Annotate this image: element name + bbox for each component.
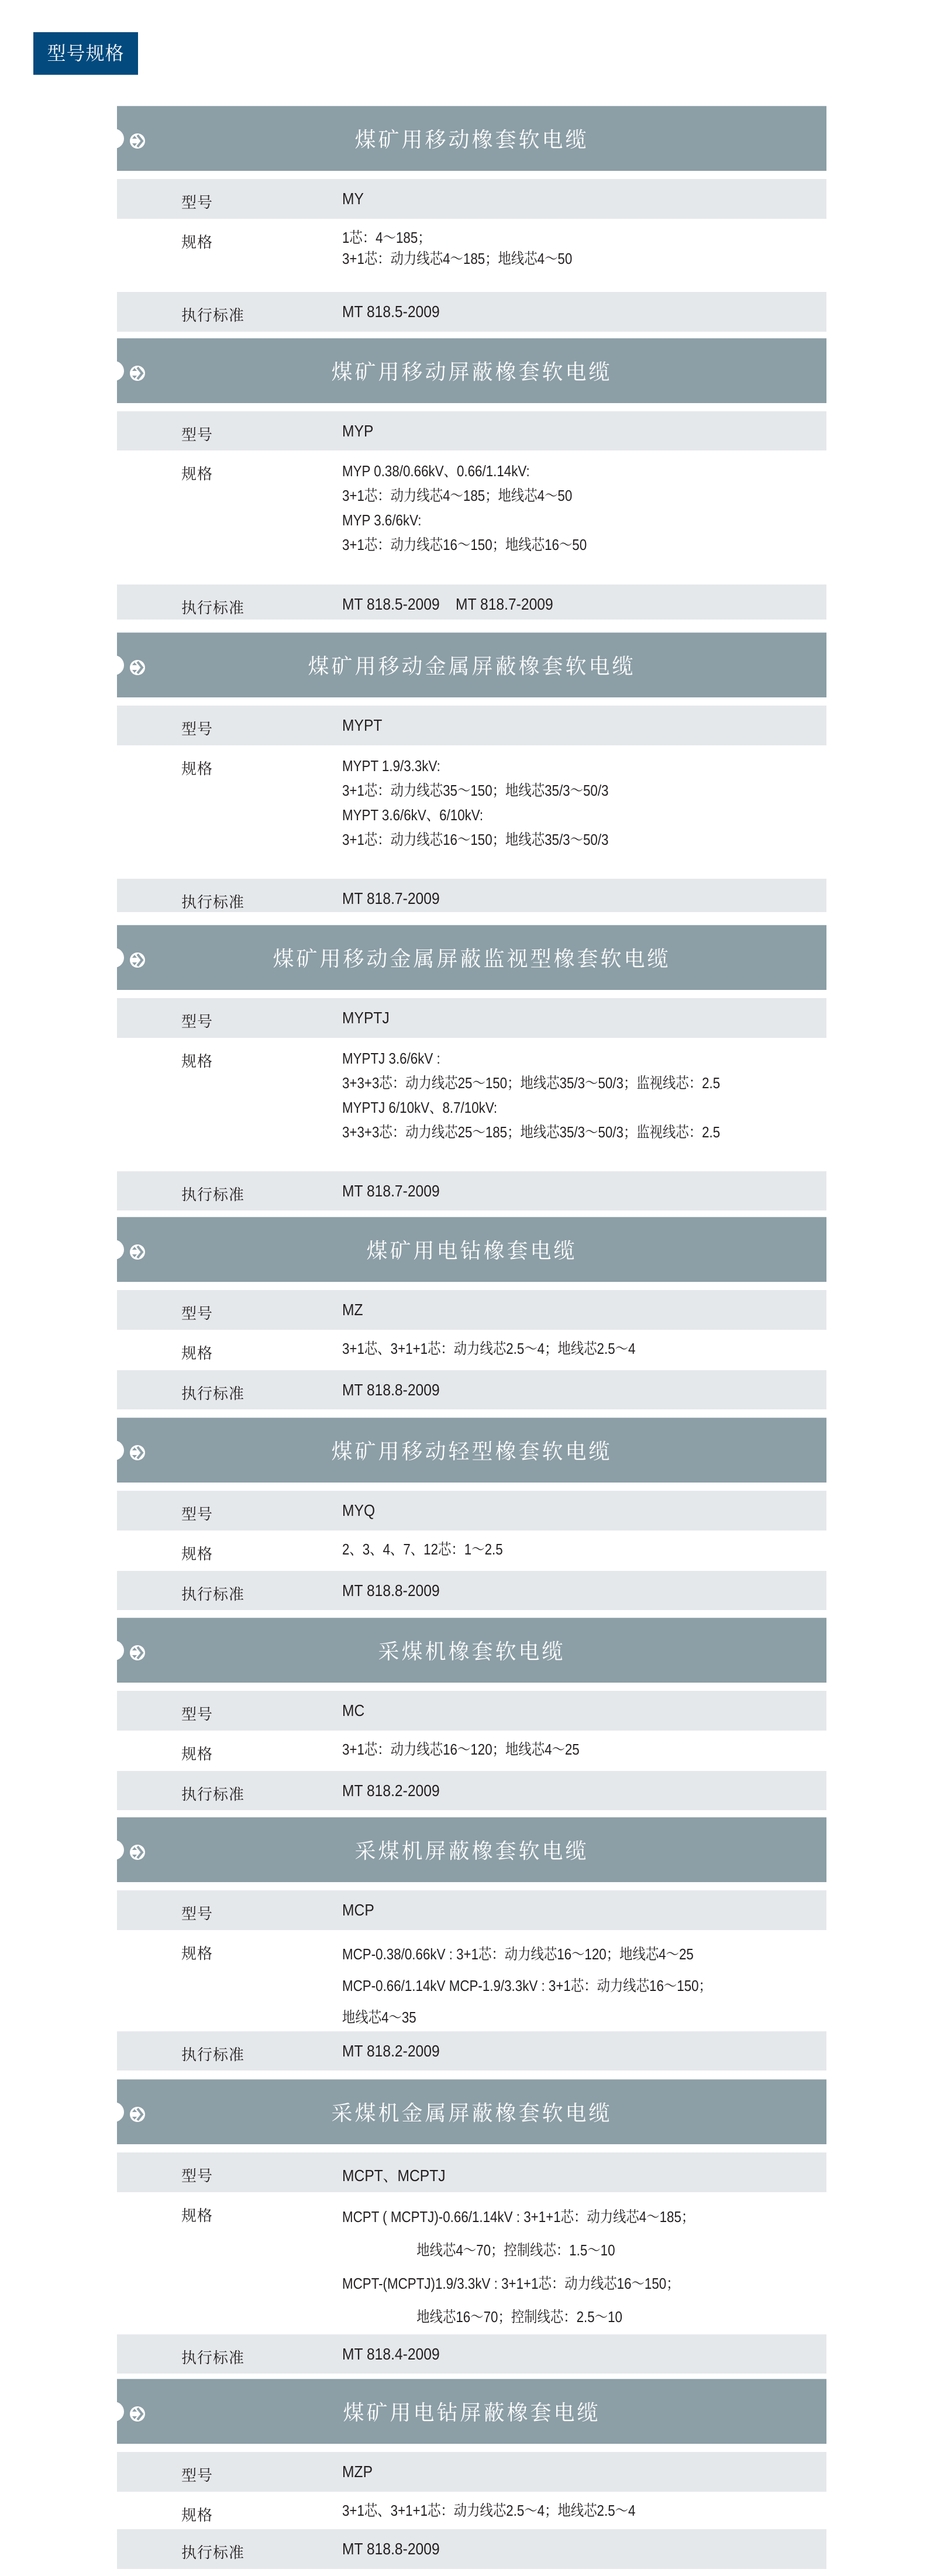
model-value: MZP (342, 2462, 373, 2481)
spec-line: 地线芯16～70；控制线芯：2.5～10 (342, 2300, 694, 2334)
model-label: 型号 (181, 2164, 213, 2186)
section-title: 煤矿用移动金属屏蔽监视型橡套软电缆 (273, 943, 670, 972)
section-header: 煤矿用电钻屏蔽橡套电缆 (117, 2379, 826, 2444)
spec-table: 型号MYP规格MYP 0.38/0.66kV、0.66/1.14kV:3+1芯：… (117, 411, 826, 620)
spec-line: MYP 3.6/6kV: (342, 508, 587, 532)
arrow-right-icon (129, 1241, 146, 1258)
spec-label: 规格 (181, 2503, 213, 2525)
spec-line: 3+1芯：动力线芯4～185；地线芯4～50 (342, 248, 572, 269)
model-label: 型号 (181, 1010, 213, 1031)
model-value: MZ (342, 1301, 363, 1319)
header-notch (112, 655, 124, 675)
section-title: 采煤机金属屏蔽橡套软电缆 (331, 2097, 612, 2127)
spec-table: 型号MC规格3+1芯：动力线芯16～120；地线芯4～25执行标准MT 818.… (117, 1691, 826, 1810)
spec-label: 规格 (181, 1050, 213, 1071)
arrow-right-icon (129, 1642, 146, 1659)
standard-value: MT 818.2-2009 (342, 1781, 440, 1800)
model-value: MCPT、MCPTJ (342, 2163, 446, 2186)
spec-label: 规格 (181, 1342, 213, 1363)
spec-lines: MCP-0.38/0.66kV : 3+1芯：动力线芯16～120；地线芯4～2… (342, 1938, 772, 2033)
standard-row: 执行标准MT 818.8-2009 (117, 1370, 826, 1409)
header-notch (112, 948, 124, 968)
spec-table: 型号MCPT、MCPTJ规格MCPT ( MCPTJ)-0.66/1.14kV … (117, 2152, 826, 2374)
model-row: 型号MZ (117, 1290, 826, 1330)
cable-section: 煤矿用电钻橡套电缆型号MZ规格3+1芯、3+1+1芯：动力线芯2.5～4；地线芯… (117, 1217, 826, 1409)
header-notch (112, 2402, 124, 2422)
spec-line: MCPT-(MCPTJ)1.9/3.3kV : 3+1+1芯：动力线芯16～15… (342, 2267, 694, 2300)
arrow-right-icon (129, 1442, 146, 1459)
spec-row: 规格3+1芯、3+1+1芯：动力线芯2.5～4；地线芯2.5～4 (117, 2492, 826, 2529)
model-label: 型号 (181, 1703, 213, 1724)
model-label: 型号 (181, 1902, 213, 1924)
cable-section: 煤矿用移动轻型橡套软电缆型号MYQ规格2、3、4、7、12芯：1～2.5执行标准… (117, 1418, 826, 1610)
spec-row: 规格MYPT 1.9/3.3kV:3+1芯：动力线芯35～150；地线芯35/3… (117, 745, 826, 879)
spec-table: 型号MZP规格3+1芯、3+1+1芯：动力线芯2.5～4；地线芯2.5～4执行标… (117, 2452, 826, 2569)
spec-line: 3+1芯：动力线芯4～185；地线芯4～50 (342, 483, 587, 508)
standard-row: 执行标准MT 818.2-2009 (117, 1771, 826, 1810)
model-label: 型号 (181, 191, 213, 212)
standard-value: MT 818.2-2009 (342, 2042, 440, 2061)
model-row: 型号MYQ (117, 1491, 826, 1531)
spec-line: 3+1芯：动力线芯16～150；地线芯35/3～50/3 (342, 827, 608, 852)
model-value: MYPT (342, 716, 382, 735)
arrow-right-icon (129, 363, 146, 379)
model-value: MYQ (342, 1501, 375, 1520)
section-title: 煤矿用电钻橡套电缆 (366, 1234, 577, 1264)
model-row: 型号MC (117, 1691, 826, 1731)
standard-row: 执行标准MT 818.8-2009 (117, 2529, 826, 2569)
spec-lines: 1芯：4～185；3+1芯：动力线芯4～185；地线芯4～50 (342, 227, 609, 269)
arrow-right-icon (129, 950, 146, 966)
spec-line: 3+1芯、3+1+1芯：动力线芯2.5～4；地线芯2.5～4 (342, 2500, 635, 2521)
standard-label: 执行标准 (181, 596, 244, 618)
section-header: 煤矿用移动屏蔽橡套软电缆 (117, 338, 826, 403)
section-title: 采煤机屏蔽橡套软电缆 (354, 1835, 588, 1865)
section-title: 煤矿用移动橡套软电缆 (354, 123, 588, 153)
standard-value: MT 818.5-2009 MT 818.7-2009 (342, 595, 553, 614)
model-value: MYPTJ (342, 1009, 390, 1027)
standard-label: 执行标准 (181, 890, 244, 912)
arrow-right-icon (129, 2403, 146, 2420)
cable-section: 采煤机屏蔽橡套软电缆型号MCP规格MCP-0.38/0.66kV : 3+1芯：… (117, 1817, 826, 2071)
cable-section: 煤矿用电钻屏蔽橡套电缆型号MZP规格3+1芯、3+1+1芯：动力线芯2.5～4；… (117, 2379, 826, 2569)
spec-line: MYP 0.38/0.66kV、0.66/1.14kV: (342, 459, 587, 483)
spec-row: 规格MYPTJ 3.6/6kV :3+3+3芯：动力线芯25～150；地线芯35… (117, 1038, 826, 1171)
spec-row: 规格3+1芯：动力线芯16～120；地线芯4～25 (117, 1731, 826, 1771)
model-row: 型号MY (117, 179, 826, 219)
spec-label: 规格 (181, 462, 213, 484)
section-header: 煤矿用电钻橡套电缆 (117, 1217, 826, 1282)
model-value: MY (342, 190, 364, 208)
model-row: 型号MZP (117, 2452, 826, 2492)
standard-label: 执行标准 (181, 2346, 244, 2368)
standard-label: 执行标准 (181, 304, 244, 325)
model-row: 型号MYP (117, 411, 826, 450)
header-notch (112, 361, 124, 381)
model-label: 型号 (181, 423, 213, 445)
standard-value: MT 818.4-2009 (342, 2345, 440, 2364)
model-row: 型号MCPT、MCPTJ (117, 2152, 826, 2192)
section-header: 采煤机屏蔽橡套软电缆 (117, 1817, 826, 1882)
spec-line: 3+1芯、3+1+1芯：动力线芯2.5～4；地线芯2.5～4 (342, 1338, 635, 1359)
spec-line: MYPT 1.9/3.3kV: (342, 754, 608, 778)
standard-label: 执行标准 (181, 1783, 244, 1804)
standard-value: MT 818.8-2009 (342, 1381, 440, 1399)
spec-line: 地线芯4～70；控制线芯：1.5～10 (342, 2234, 694, 2267)
standard-value: MT 818.7-2009 (342, 889, 440, 908)
standard-row: 执行标准MT 818.5-2009 (117, 292, 826, 332)
spec-table: 型号MYPT规格MYPT 1.9/3.3kV:3+1芯：动力线芯35～150；地… (117, 706, 826, 912)
spec-lines: MYPT 1.9/3.3kV:3+1芯：动力线芯35～150；地线芯35/3～5… (342, 754, 652, 852)
section-header: 煤矿用移动金属屏蔽监视型橡套软电缆 (117, 925, 826, 990)
spec-label: 规格 (181, 231, 213, 252)
arrow-right-icon (129, 2104, 146, 2120)
cable-section: 煤矿用移动屏蔽橡套软电缆型号MYP规格MYP 0.38/0.66kV、0.66/… (117, 338, 826, 620)
spec-line: MYPTJ 3.6/6kV : (342, 1046, 720, 1071)
spec-label: 规格 (181, 757, 213, 779)
standard-row: 执行标准MT 818.8-2009 (117, 1571, 826, 1610)
spec-line: MCPT ( MCPTJ)-0.66/1.14kV : 3+1+1芯：动力线芯4… (342, 2200, 694, 2234)
header-notch (112, 1640, 124, 1660)
spec-line: MCP-0.38/0.66kV : 3+1芯：动力线芯16～120；地线芯4～2… (342, 1938, 712, 1970)
model-value: MYP (342, 422, 373, 441)
section-header: 采煤机金属屏蔽橡套软电缆 (117, 2079, 826, 2144)
cable-section: 煤矿用移动金属屏蔽监视型橡套软电缆型号MYPTJ规格MYPTJ 3.6/6kV … (117, 925, 826, 1210)
spec-table: 型号MYQ规格2、3、4、7、12芯：1～2.5执行标准MT 818.8-200… (117, 1491, 826, 1610)
spec-row: 规格1芯：4～185；3+1芯：动力线芯4～185；地线芯4～50 (117, 219, 826, 292)
spec-row: 规格3+1芯、3+1+1芯：动力线芯2.5～4；地线芯2.5～4 (117, 1330, 826, 1370)
spec-row: 规格MCPT ( MCPTJ)-0.66/1.14kV : 3+1+1芯：动力线… (117, 2192, 826, 2334)
spec-lines: 3+1芯、3+1+1芯：动力线芯2.5～4；地线芯2.5～4 (342, 2500, 683, 2521)
standard-label: 执行标准 (181, 1183, 244, 1205)
arrow-right-icon (129, 1842, 146, 1858)
model-row: 型号MYPTJ (117, 998, 826, 1038)
standard-value: MT 818.5-2009 (342, 302, 440, 321)
spec-table: 型号MZ规格3+1芯、3+1+1芯：动力线芯2.5～4；地线芯2.5～4执行标准… (117, 1290, 826, 1409)
spec-line: 3+1芯：动力线芯16～120；地线芯4～25 (342, 1739, 580, 1760)
model-value: MC (342, 1701, 364, 1720)
arrow-right-icon (129, 130, 146, 147)
spec-line: 1芯：4～185； (342, 227, 572, 248)
standard-label: 执行标准 (181, 2043, 244, 2065)
header-notch (112, 1240, 124, 1260)
section-header: 煤矿用移动金属屏蔽橡套软电缆 (117, 632, 826, 697)
section-title-button[interactable]: 型号规格 >> (33, 32, 138, 75)
arrow-right-icon (129, 657, 146, 673)
spec-line: 2、3、4、7、12芯：1～2.5 (342, 1539, 503, 1560)
spec-lines: 2、3、4、7、12芯：1～2.5 (342, 1539, 529, 1560)
spec-line: 3+1芯：动力线芯16～150；地线芯16～50 (342, 532, 587, 557)
spec-line: 3+3+3芯：动力线芯25～150；地线芯35/3～50/3；监视线芯：2.5 (342, 1071, 720, 1095)
model-row: 型号MCP (117, 1890, 826, 1930)
spec-table: 型号MCP规格MCP-0.38/0.66kV : 3+1芯：动力线芯16～120… (117, 1890, 826, 2071)
section-title: 采煤机橡套软电缆 (378, 1635, 565, 1665)
section-header: 采煤机橡套软电缆 (117, 1618, 826, 1683)
standard-label: 执行标准 (181, 2541, 244, 2563)
section-title: 煤矿用电钻屏蔽橡套电缆 (343, 2396, 600, 2426)
standard-value: MT 818.7-2009 (342, 1182, 440, 1201)
standard-label: 执行标准 (181, 1583, 244, 1604)
spec-table: 型号MYPTJ规格MYPTJ 3.6/6kV :3+3+3芯：动力线芯25～15… (117, 998, 826, 1210)
spec-label: 规格 (181, 1742, 213, 1764)
model-label: 型号 (181, 1302, 213, 1323)
standard-row: 执行标准MT 818.4-2009 (117, 2334, 826, 2374)
cable-section: 采煤机橡套软电缆型号MC规格3+1芯：动力线芯16～120；地线芯4～25执行标… (117, 1618, 826, 1810)
spec-label: 规格 (181, 2204, 213, 2226)
cable-section: 煤矿用移动金属屏蔽橡套软电缆型号MYPT规格MYPT 1.9/3.3kV:3+1… (117, 632, 826, 912)
spec-lines: MYP 0.38/0.66kV、0.66/1.14kV:3+1芯：动力线芯4～1… (342, 459, 626, 557)
section-title: 煤矿用移动金属屏蔽橡套软电缆 (308, 650, 635, 680)
spec-lines: 3+1芯、3+1+1芯：动力线芯2.5～4；地线芯2.5～4 (342, 1338, 683, 1359)
spec-row: 规格2、3、4、7、12芯：1～2.5 (117, 1531, 826, 1571)
standard-row: 执行标准MT 818.5-2009 MT 818.7-2009 (117, 584, 826, 620)
model-label: 型号 (181, 1502, 213, 1524)
header-notch (112, 1440, 124, 1460)
header-notch (112, 1840, 124, 1860)
spec-lines: MYPTJ 3.6/6kV :3+3+3芯：动力线芯25～150；地线芯35/3… (342, 1046, 781, 1144)
standard-value: MT 818.8-2009 (342, 1581, 440, 1600)
spec-label: 规格 (181, 1942, 213, 1963)
standard-row: 执行标准MT 818.2-2009 (117, 2031, 826, 2071)
spec-lines: 3+1芯：动力线芯16～120；地线芯4～25 (342, 1739, 618, 1760)
section-title: 煤矿用移动屏蔽橡套软电缆 (331, 356, 612, 386)
standard-row: 执行标准MT 818.7-2009 (117, 1171, 826, 1210)
spec-line: MCP-0.66/1.14kV MCP-1.9/3.3kV : 3+1芯：动力线… (342, 1970, 712, 2001)
spec-table: 型号MY规格1芯：4～185；3+1芯：动力线芯4～185；地线芯4～50执行标… (117, 179, 826, 332)
header-notch (112, 129, 124, 149)
spec-label: 规格 (181, 1542, 213, 1564)
spec-line: 3+1芯：动力线芯35～150；地线芯35/3～50/3 (342, 778, 608, 803)
spec-line: MYPTJ 6/10kV、8.7/10kV: (342, 1095, 720, 1120)
section-title: 煤矿用移动轻型橡套软电缆 (331, 1435, 612, 1465)
model-label: 型号 (181, 717, 213, 739)
model-label: 型号 (181, 2464, 213, 2485)
spec-row: 规格MCP-0.38/0.66kV : 3+1芯：动力线芯16～120；地线芯4… (117, 1930, 826, 2031)
spec-line: 地线芯4～35 (342, 2001, 712, 2033)
model-row: 型号MYPT (117, 706, 826, 745)
spec-row: 规格MYP 0.38/0.66kV、0.66/1.14kV:3+1芯：动力线芯4… (117, 450, 826, 584)
standard-label: 执行标准 (181, 1382, 244, 1404)
standard-value: MT 818.8-2009 (342, 2540, 440, 2558)
spec-line: 3+3+3芯：动力线芯25～185；地线芯35/3～50/3；监视线芯：2.5 (342, 1120, 720, 1144)
spec-lines: MCPT ( MCPTJ)-0.66/1.14kV : 3+1+1芯：动力线芯4… (342, 2200, 752, 2334)
cable-section: 煤矿用移动橡套软电缆型号MY规格1芯：4～185；3+1芯：动力线芯4～185；… (117, 106, 826, 332)
spec-line: MYPT 3.6/6kV、6/10kV: (342, 803, 608, 827)
standard-row: 执行标准MT 818.7-2009 (117, 879, 826, 912)
section-header: 煤矿用移动橡套软电缆 (117, 106, 826, 171)
header-notch (112, 2102, 124, 2122)
model-value: MCP (342, 1901, 374, 1920)
cable-section: 采煤机金属屏蔽橡套软电缆型号MCPT、MCPTJ规格MCPT ( MCPTJ)-… (117, 2079, 826, 2374)
section-header: 煤矿用移动轻型橡套软电缆 (117, 1418, 826, 1483)
